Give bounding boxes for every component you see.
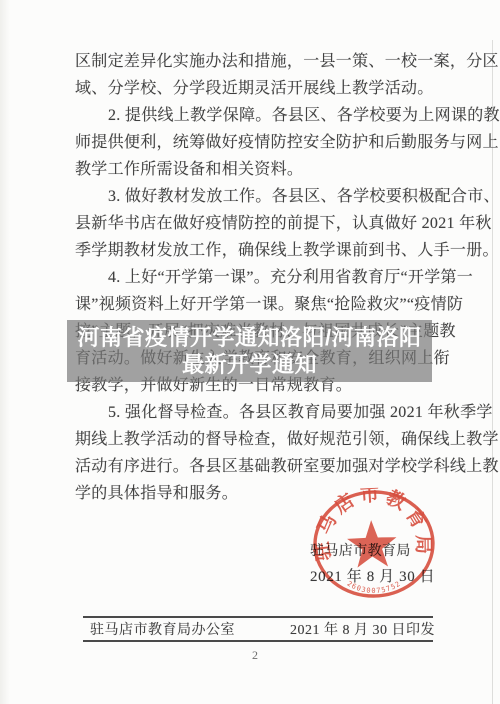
footer-row: 驻马店市教育局办公室 2021 年 8 月 30 日印发 xyxy=(90,619,435,639)
doc-line: 区制定差异化实施办法和措施，一县一策、一校一案，分区 xyxy=(75,48,437,75)
doc-line: 域、分学校、分学段近期灵活开展线上教学活动。 xyxy=(75,75,437,102)
doc-line: 4. 上好“开学第一课”。充分利用省教育厅“开学第一 xyxy=(75,264,437,291)
page-left-edge-shadow xyxy=(0,0,10,704)
document-body-text: 区制定差异化实施办法和措施，一县一策、一校一案，分区 域、分学校、分学段近期灵活… xyxy=(75,48,437,507)
doc-line: 教学工作所需设备和相关资料。 xyxy=(75,156,437,183)
doc-line: 课”视频资料上好开学第一课。聚焦“抢险救灾”“疫情防 xyxy=(75,291,437,318)
doc-line: 活动有序进行。各县区基础教研室要加强对学校学科线上教 xyxy=(75,453,437,480)
page-number: 2 xyxy=(75,648,435,663)
overlay-title-line1: 河南省疫情开学通知洛阳/河南洛阳 xyxy=(77,324,421,351)
doc-line: 县新华书店在做好疫情防控的前提下，认真做好 2021 年秋 xyxy=(75,210,437,237)
official-seal: 驻马店市教育局 26030075752 xyxy=(306,486,442,605)
doc-line: 期线上教学活动的督导检查，做好规范引领，确保线上教学 xyxy=(75,426,437,453)
doc-line: 5. 强化督导检查。各县区教育局要加强 2021 年秋季学 xyxy=(75,399,437,426)
footer-rule-top xyxy=(83,616,433,618)
overlay-title-line2: 最新开学通知 xyxy=(182,351,317,378)
doc-line: 季学期教材发放工作，确保线上教学课前到书、人手一册。 xyxy=(75,237,437,264)
doc-line: 2. 提供线上教学保障。各县区、各学校要为上网课的教 xyxy=(75,102,437,129)
doc-line: 3. 做好教材发放工作。各县区、各学校要积极配合市、 xyxy=(75,183,437,210)
doc-line: 师提供便利，统筹做好疫情防控安全防护和后勤服务与网上 xyxy=(75,129,437,156)
scanned-document-page: 区制定差异化实施办法和措施，一县一策、一校一案，分区 域、分学校、分学段近期灵活… xyxy=(0,0,500,704)
star-icon xyxy=(346,519,397,568)
overlay-title-banner: 河南省疫情开学通知洛阳/河南洛阳 最新开学通知 xyxy=(67,320,432,382)
footer-rule-bottom xyxy=(83,640,433,642)
footer-issuer: 驻马店市教育局办公室 xyxy=(90,619,235,639)
footer-print-date: 2021 年 8 月 30 日印发 xyxy=(290,619,435,639)
